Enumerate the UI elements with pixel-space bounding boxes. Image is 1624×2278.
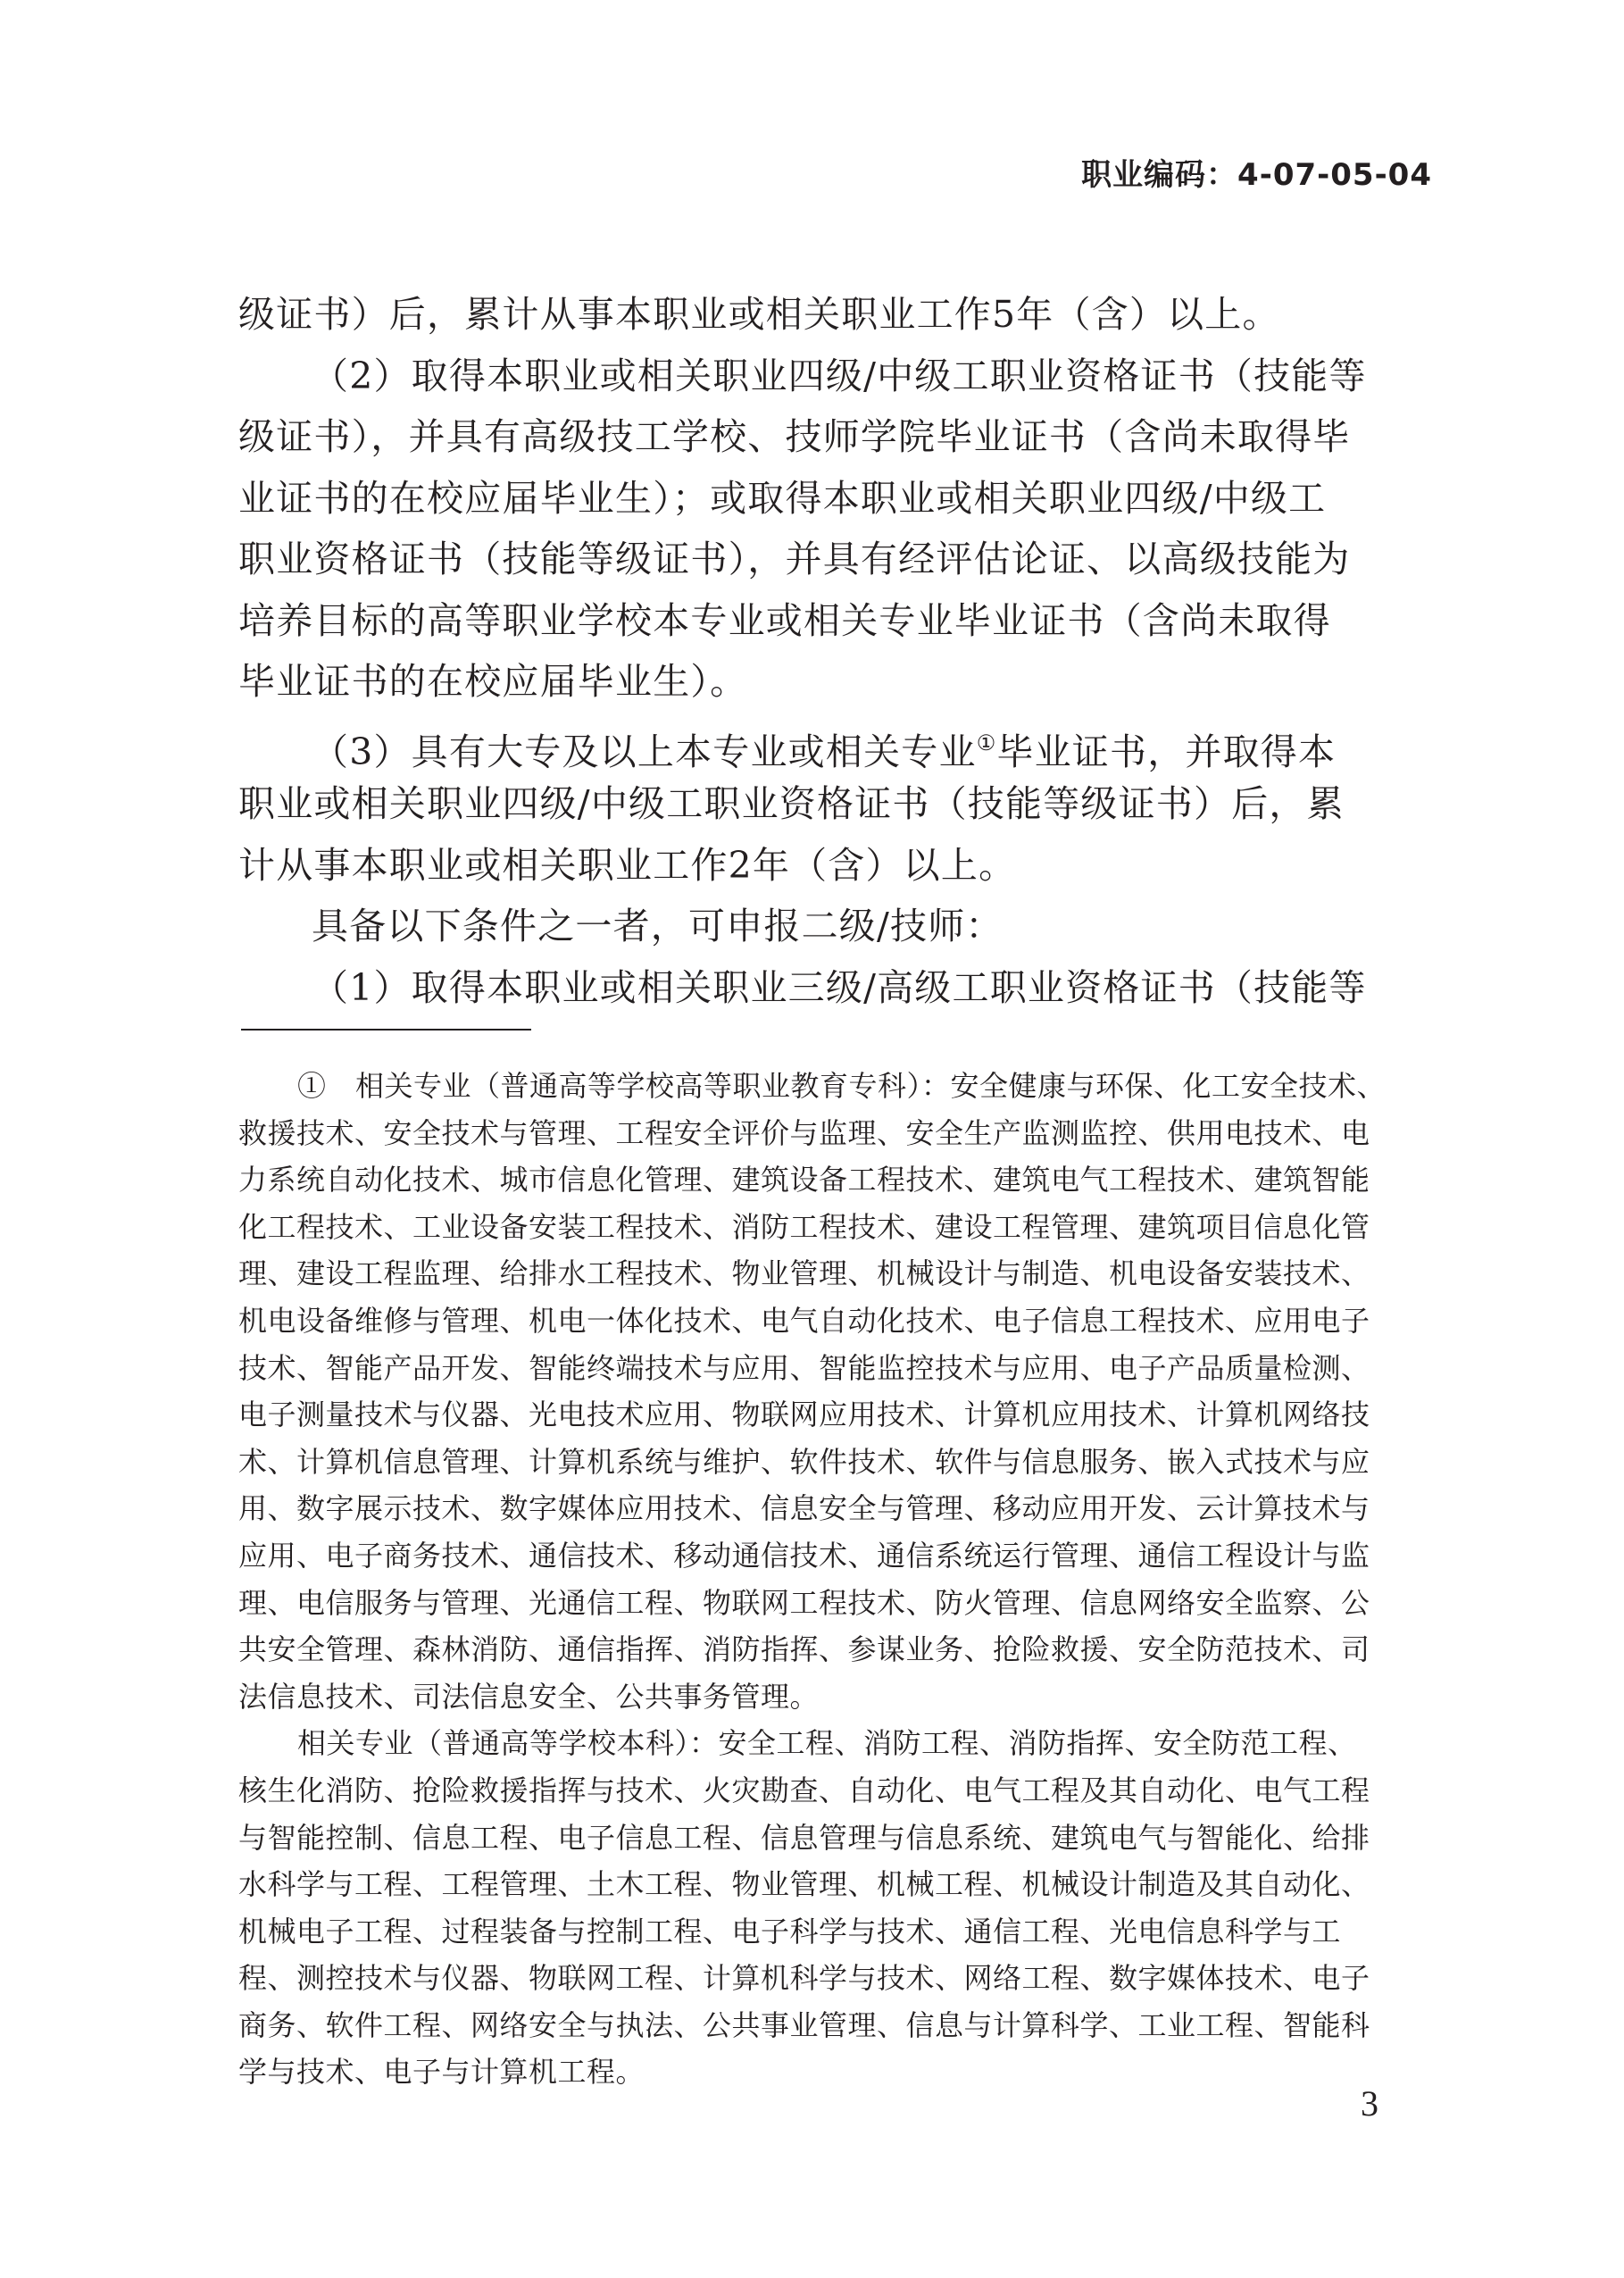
- body-line: 职业或相关职业四级/中级工职业资格证书（技能等级证书）后，累: [238, 773, 1426, 835]
- footnote-line: 电子测量技术与仪器、光电技术应用、物联网应用技术、计算机应用技术、计算机网络技: [238, 1391, 1426, 1439]
- document-page: 职业编码：4-07-05-04 级证书）后，累计从事本职业或相关职业工作5年（含…: [0, 0, 1624, 2278]
- body-line: 职业资格证书（技能等级证书），并具有经评估论证、以高级技能为: [238, 529, 1426, 590]
- footnote-line: 理、电信服务与管理、光通信工程、物联网工程技术、防火管理、信息网络安全监察、公: [238, 1580, 1426, 1627]
- footnote-line: 化工程技术、工业设备安装工程技术、消防工程技术、建设工程管理、建筑项目信息化管: [238, 1204, 1426, 1251]
- footnote-line: 理、建设工程监理、给排水工程技术、物业管理、机械设计与制造、机电设备安装技术、: [238, 1250, 1426, 1298]
- footnote-line: 学与技术、电子与计算机工程。: [238, 2049, 1426, 2096]
- body-line: （1）取得本职业或相关职业三级/高级工职业资格证书（技能等: [238, 957, 1426, 1019]
- body-line: 具备以下条件之一者，可申报二级/技师：: [238, 896, 1426, 957]
- footnote-line: 相关专业（普通高等学校本科）：安全工程、消防工程、消防指挥、安全防范工程、: [238, 1720, 1426, 1767]
- occupation-code-header: 职业编码：4-07-05-04: [1081, 150, 1432, 194]
- footnote-reference-marker[interactable]: ①: [977, 730, 997, 755]
- footnote-line: 应用、电子商务技术、通信技术、移动通信技术、通信系统运行管理、通信工程设计与监: [238, 1532, 1426, 1580]
- body-line: 业证书的在校应届毕业生）；或取得本职业或相关职业四级/中级工: [238, 468, 1426, 530]
- footnote-line: 程、测控技术与仪器、物联网工程、计算机科学与技术、网络工程、数字媒体技术、电子: [238, 1955, 1426, 2002]
- body-line-with-footnote-ref: （3）具有大专及以上本专业或相关专业①毕业证书，并取得本: [238, 713, 1426, 774]
- footnote-line: 法信息技术、司法信息安全、公共事务管理。: [238, 1673, 1426, 1721]
- body-line: 计从事本职业或相关职业工作2年（含）以上。: [238, 835, 1426, 897]
- footnote-line: 力系统自动化技术、城市信息化管理、建筑设备工程技术、建筑电气工程技术、建筑智能: [238, 1156, 1426, 1204]
- main-body-text: 级证书）后，累计从事本职业或相关职业工作5年（含）以上。 （2）取得本职业或相关…: [238, 284, 1426, 1018]
- footnote-line: 核生化消防、抢险救援指挥与技术、火灾勘查、自动化、电气工程及其自动化、电气工程: [238, 1767, 1426, 1815]
- footnote-line: 商务、软件工程、网络安全与执法、公共事业管理、信息与计算科学、工业工程、智能科: [238, 2002, 1426, 2049]
- body-text-segment: （3）具有大专及以上本专业或相关专业: [312, 730, 977, 773]
- footnote-line: 机械电子工程、过程装备与控制工程、电子科学与技术、通信工程、光电信息科学与工: [238, 1908, 1426, 1956]
- footnote-separator-rule: [241, 1029, 531, 1031]
- page-number: 3: [1361, 2082, 1378, 2124]
- footnote-line: 技术、智能产品开发、智能终端技术与应用、智能监控技术与应用、电子产品质量检测、: [238, 1345, 1426, 1392]
- body-line: 毕业证书的在校应届毕业生）。: [238, 651, 1426, 713]
- footnote-line: 用、数字展示技术、数字媒体应用技术、信息安全与管理、移动应用开发、云计算技术与: [238, 1485, 1426, 1532]
- footnote-line: 机电设备维修与管理、机电一体化技术、电气自动化技术、电子信息工程技术、应用电子: [238, 1298, 1426, 1345]
- footnote-line: 术、计算机信息管理、计算机系统与维护、软件技术、软件与信息服务、嵌入式技术与应: [238, 1439, 1426, 1486]
- footnote-line: 共安全管理、森林消防、通信指挥、消防指挥、参谋业务、抢险救援、安全防范技术、司: [238, 1626, 1426, 1673]
- body-line: 级证书），并具有高级技工学校、技师学院毕业证书（含尚未取得毕: [238, 406, 1426, 468]
- body-line: 培养目标的高等职业学校本专业或相关专业毕业证书（含尚未取得: [238, 590, 1426, 652]
- body-line: （2）取得本职业或相关职业四级/中级工职业资格证书（技能等: [238, 346, 1426, 407]
- footnotes-block: ① 相关专业（普通高等学校高等职业教育专科）：安全健康与环保、化工安全技术、 救…: [238, 1063, 1426, 2096]
- body-text-segment: 毕业证书，并取得本: [996, 730, 1336, 773]
- body-line: 级证书）后，累计从事本职业或相关职业工作5年（含）以上。: [238, 284, 1426, 346]
- footnote-line: 水科学与工程、工程管理、土木工程、物业管理、机械工程、机械设计制造及其自动化、: [238, 1861, 1426, 1908]
- footnote-line: ① 相关专业（普通高等学校高等职业教育专科）：安全健康与环保、化工安全技术、: [238, 1063, 1426, 1110]
- footnote-line: 救援技术、安全技术与管理、工程安全评价与监理、安全生产监测监控、供用电技术、电: [238, 1110, 1426, 1157]
- footnote-line: 与智能控制、信息工程、电子信息工程、信息管理与信息系统、建筑电气与智能化、给排: [238, 1815, 1426, 1862]
